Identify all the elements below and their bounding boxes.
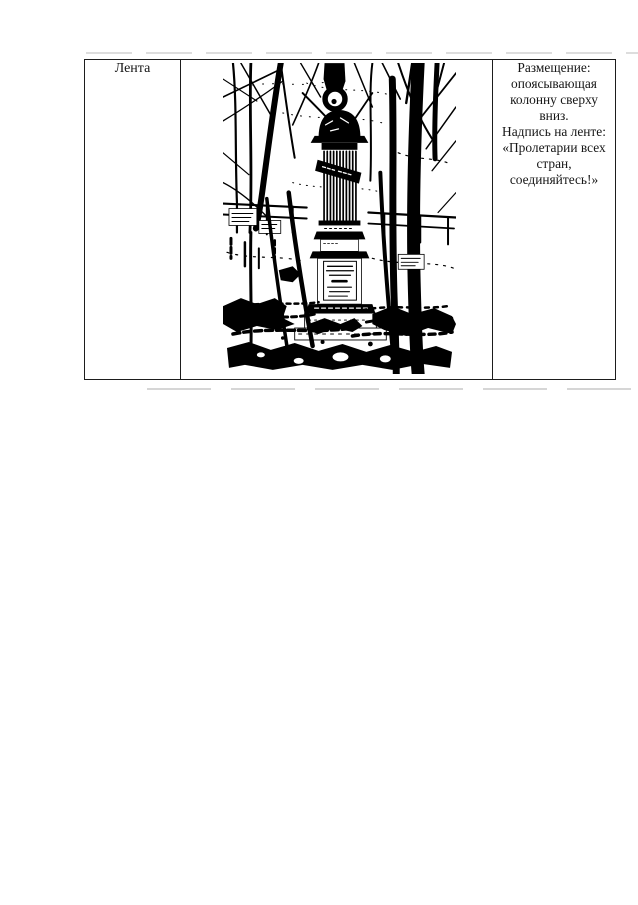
row-label: Лента <box>85 60 180 77</box>
description-line: Размещение: <box>493 60 615 76</box>
label-cell: Лента <box>85 60 181 380</box>
description-line: соединяйтесь!» <box>493 172 615 188</box>
photo-cell <box>181 60 493 380</box>
description-line: стран, <box>493 156 615 172</box>
table-row: Лента <box>85 60 616 380</box>
description-line: Надпись на ленте: <box>493 124 615 140</box>
scan-artifact-top <box>86 52 638 54</box>
description-line: «Пролетарии всех <box>493 140 615 156</box>
description-line: вниз. <box>493 108 615 124</box>
scan-artifact-bottom <box>147 388 638 390</box>
content-table: Лента <box>84 59 616 380</box>
description-cell: Размещение: опоясывающая колонну сверху … <box>493 60 616 380</box>
description-line: колонну сверху <box>493 92 615 108</box>
side-plaque <box>398 254 424 269</box>
document-page: Лента <box>0 0 638 905</box>
monument-photo <box>223 63 456 374</box>
description-line: опоясывающая <box>493 76 615 92</box>
